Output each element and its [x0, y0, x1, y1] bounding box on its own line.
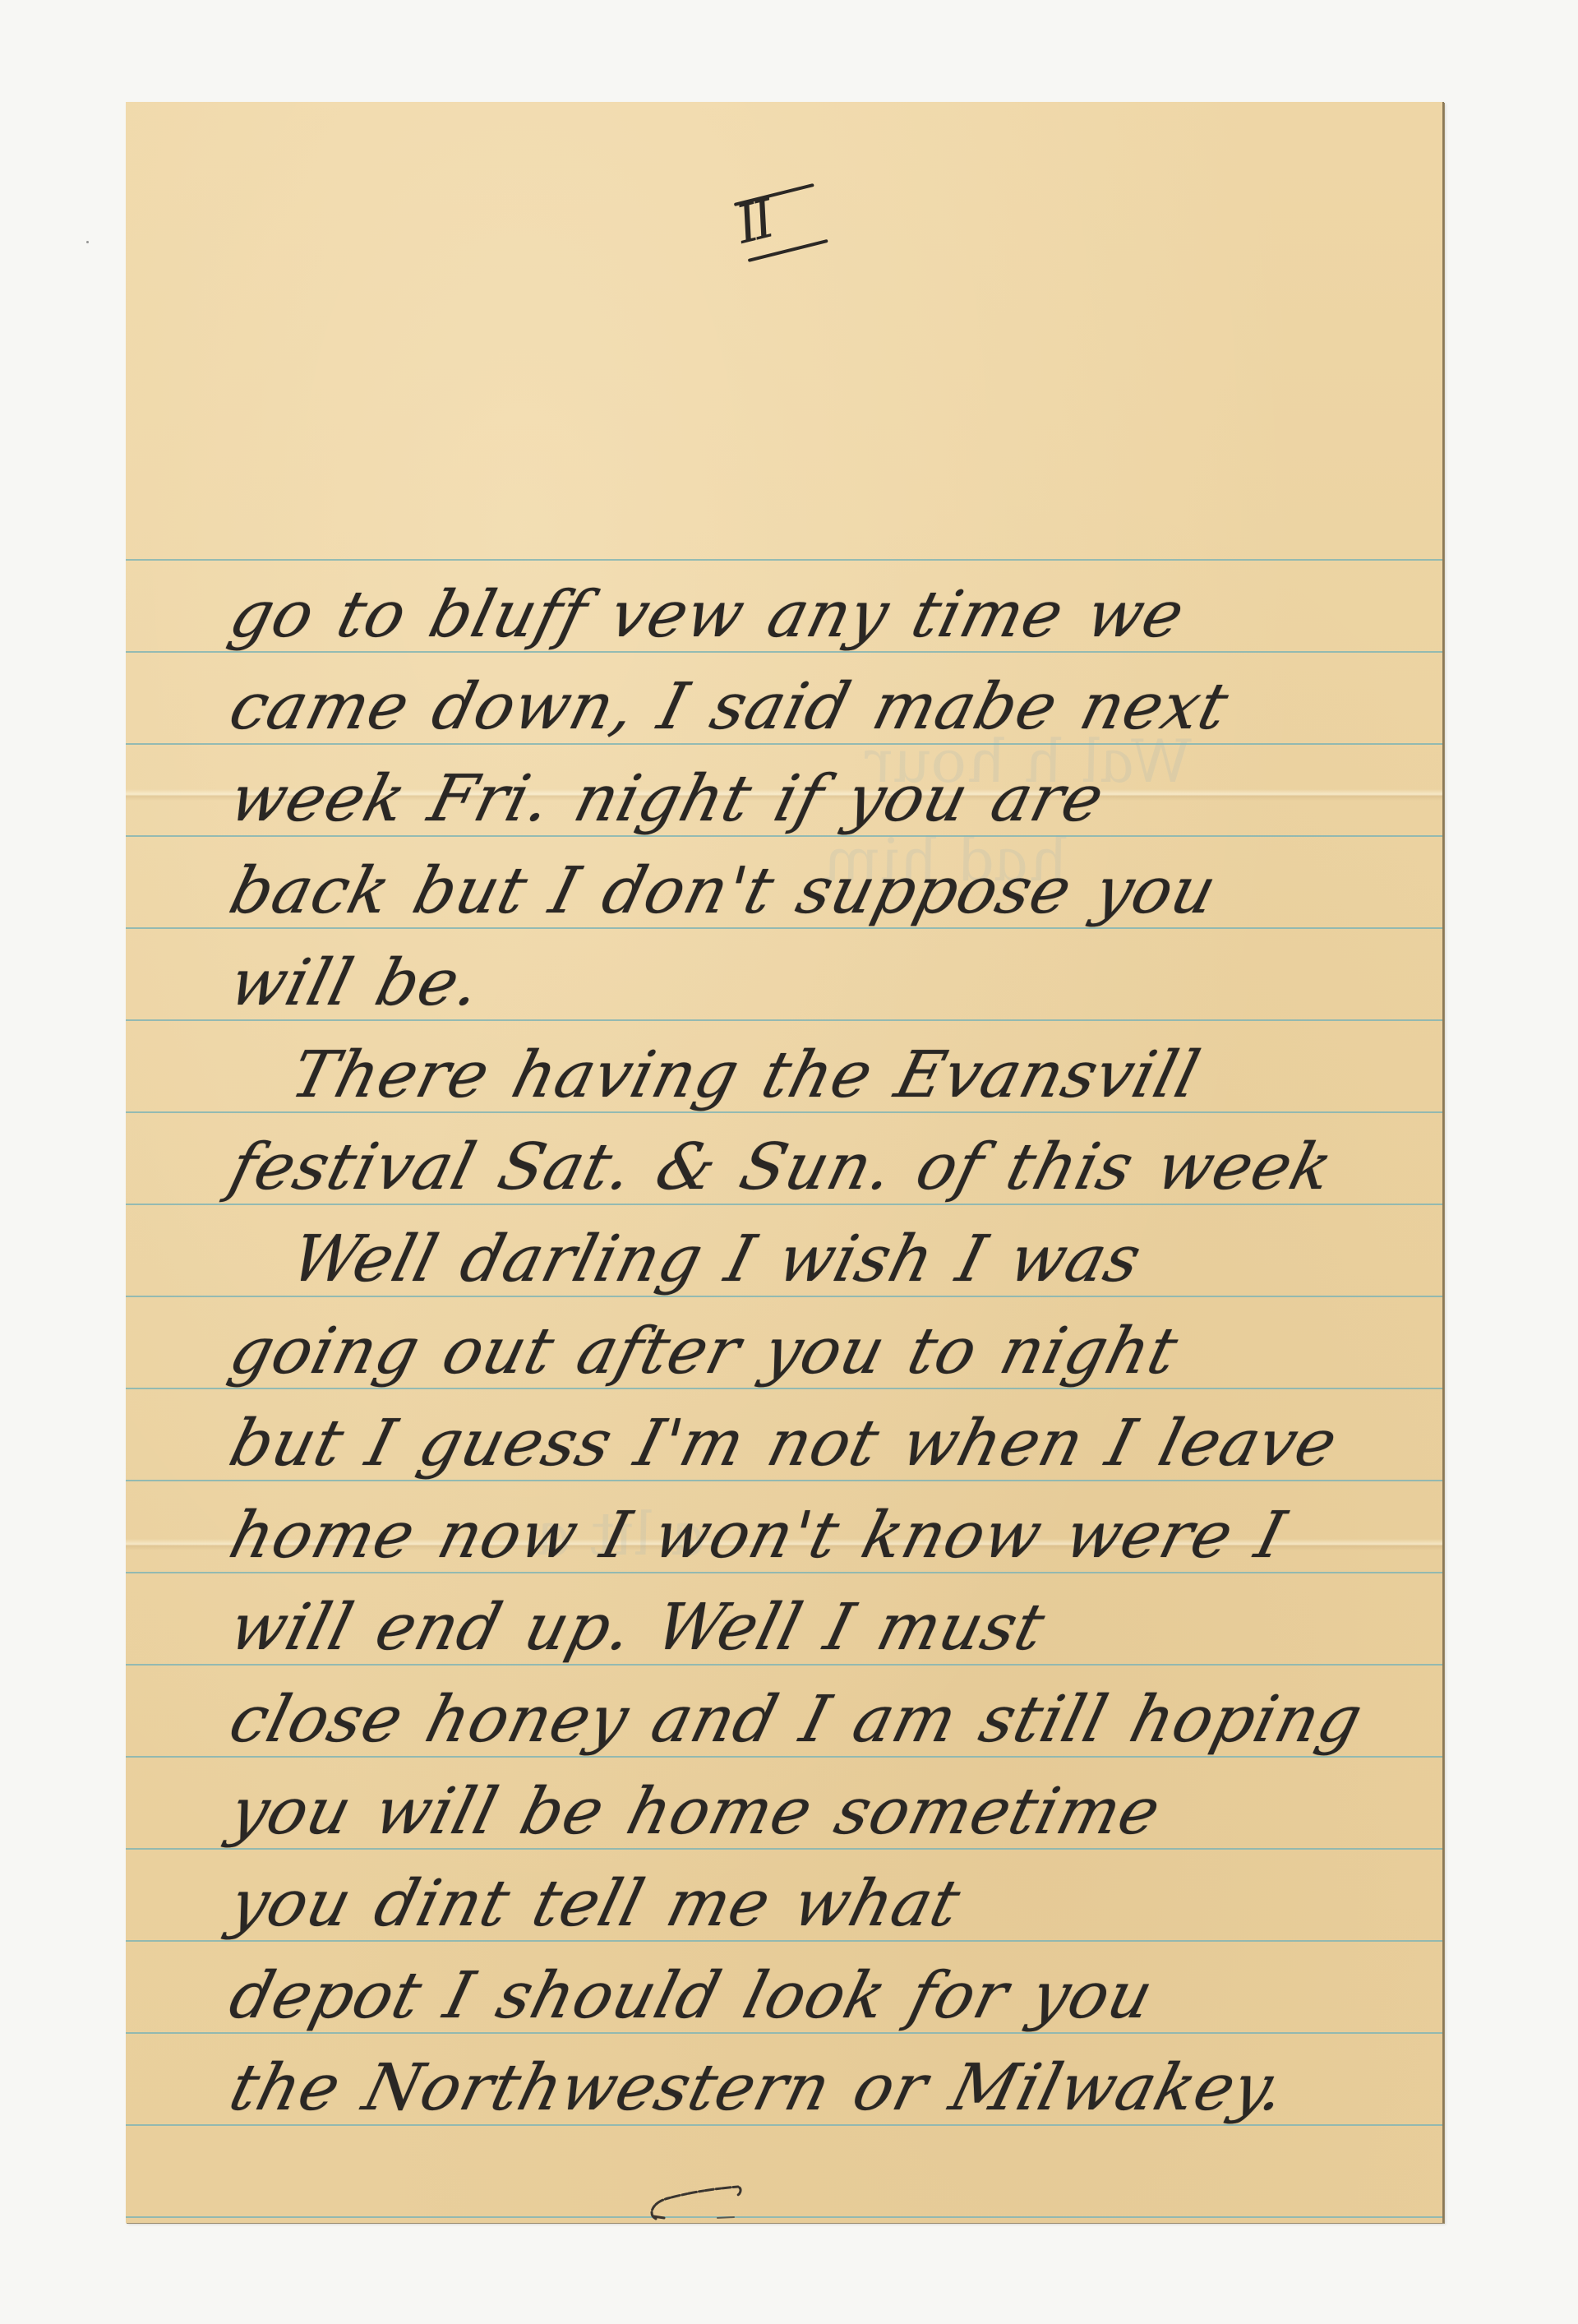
letter-line: will end up. Well I must	[220, 1582, 1451, 1674]
page-number-marker: II	[731, 173, 844, 269]
rule-line	[126, 2216, 1442, 2218]
scan-speck	[86, 241, 89, 243]
letter-line: home now I won't know were I	[220, 1490, 1451, 1582]
letter-page: Wal h hour had him a lit a II go to bluf…	[126, 102, 1444, 2223]
letter-line: go to bluff vew any time we	[220, 569, 1451, 661]
letter-line: festival Sat. & Sun. of this week	[220, 1121, 1451, 1213]
letter-line: the Northwestern or Milwakey.	[220, 2042, 1451, 2134]
rule-line	[126, 559, 1442, 561]
letter-line: close honey and I am still hoping	[220, 1674, 1451, 1766]
letter-line: week Fri. night if you are	[220, 753, 1451, 845]
letter-line: you dint tell me what	[220, 1858, 1451, 1950]
letter-line: back but I don't suppose you	[220, 845, 1451, 937]
letter-line: but I guess I'm not when I leave	[220, 1398, 1451, 1490]
letter-line: will be.	[220, 937, 1451, 1029]
letter-line: Well darling I wish I was	[282, 1213, 1513, 1305]
letter-line: There having the Evansvill	[282, 1029, 1513, 1121]
letter-line: you will be home sometime	[220, 1766, 1451, 1858]
letter-line: going out after you to night	[220, 1305, 1451, 1398]
letter-line: came down, I said mabe next	[220, 661, 1451, 753]
closing-squiggle-mark	[644, 2182, 750, 2223]
letter-line: depot I should look for you	[220, 1950, 1451, 2042]
